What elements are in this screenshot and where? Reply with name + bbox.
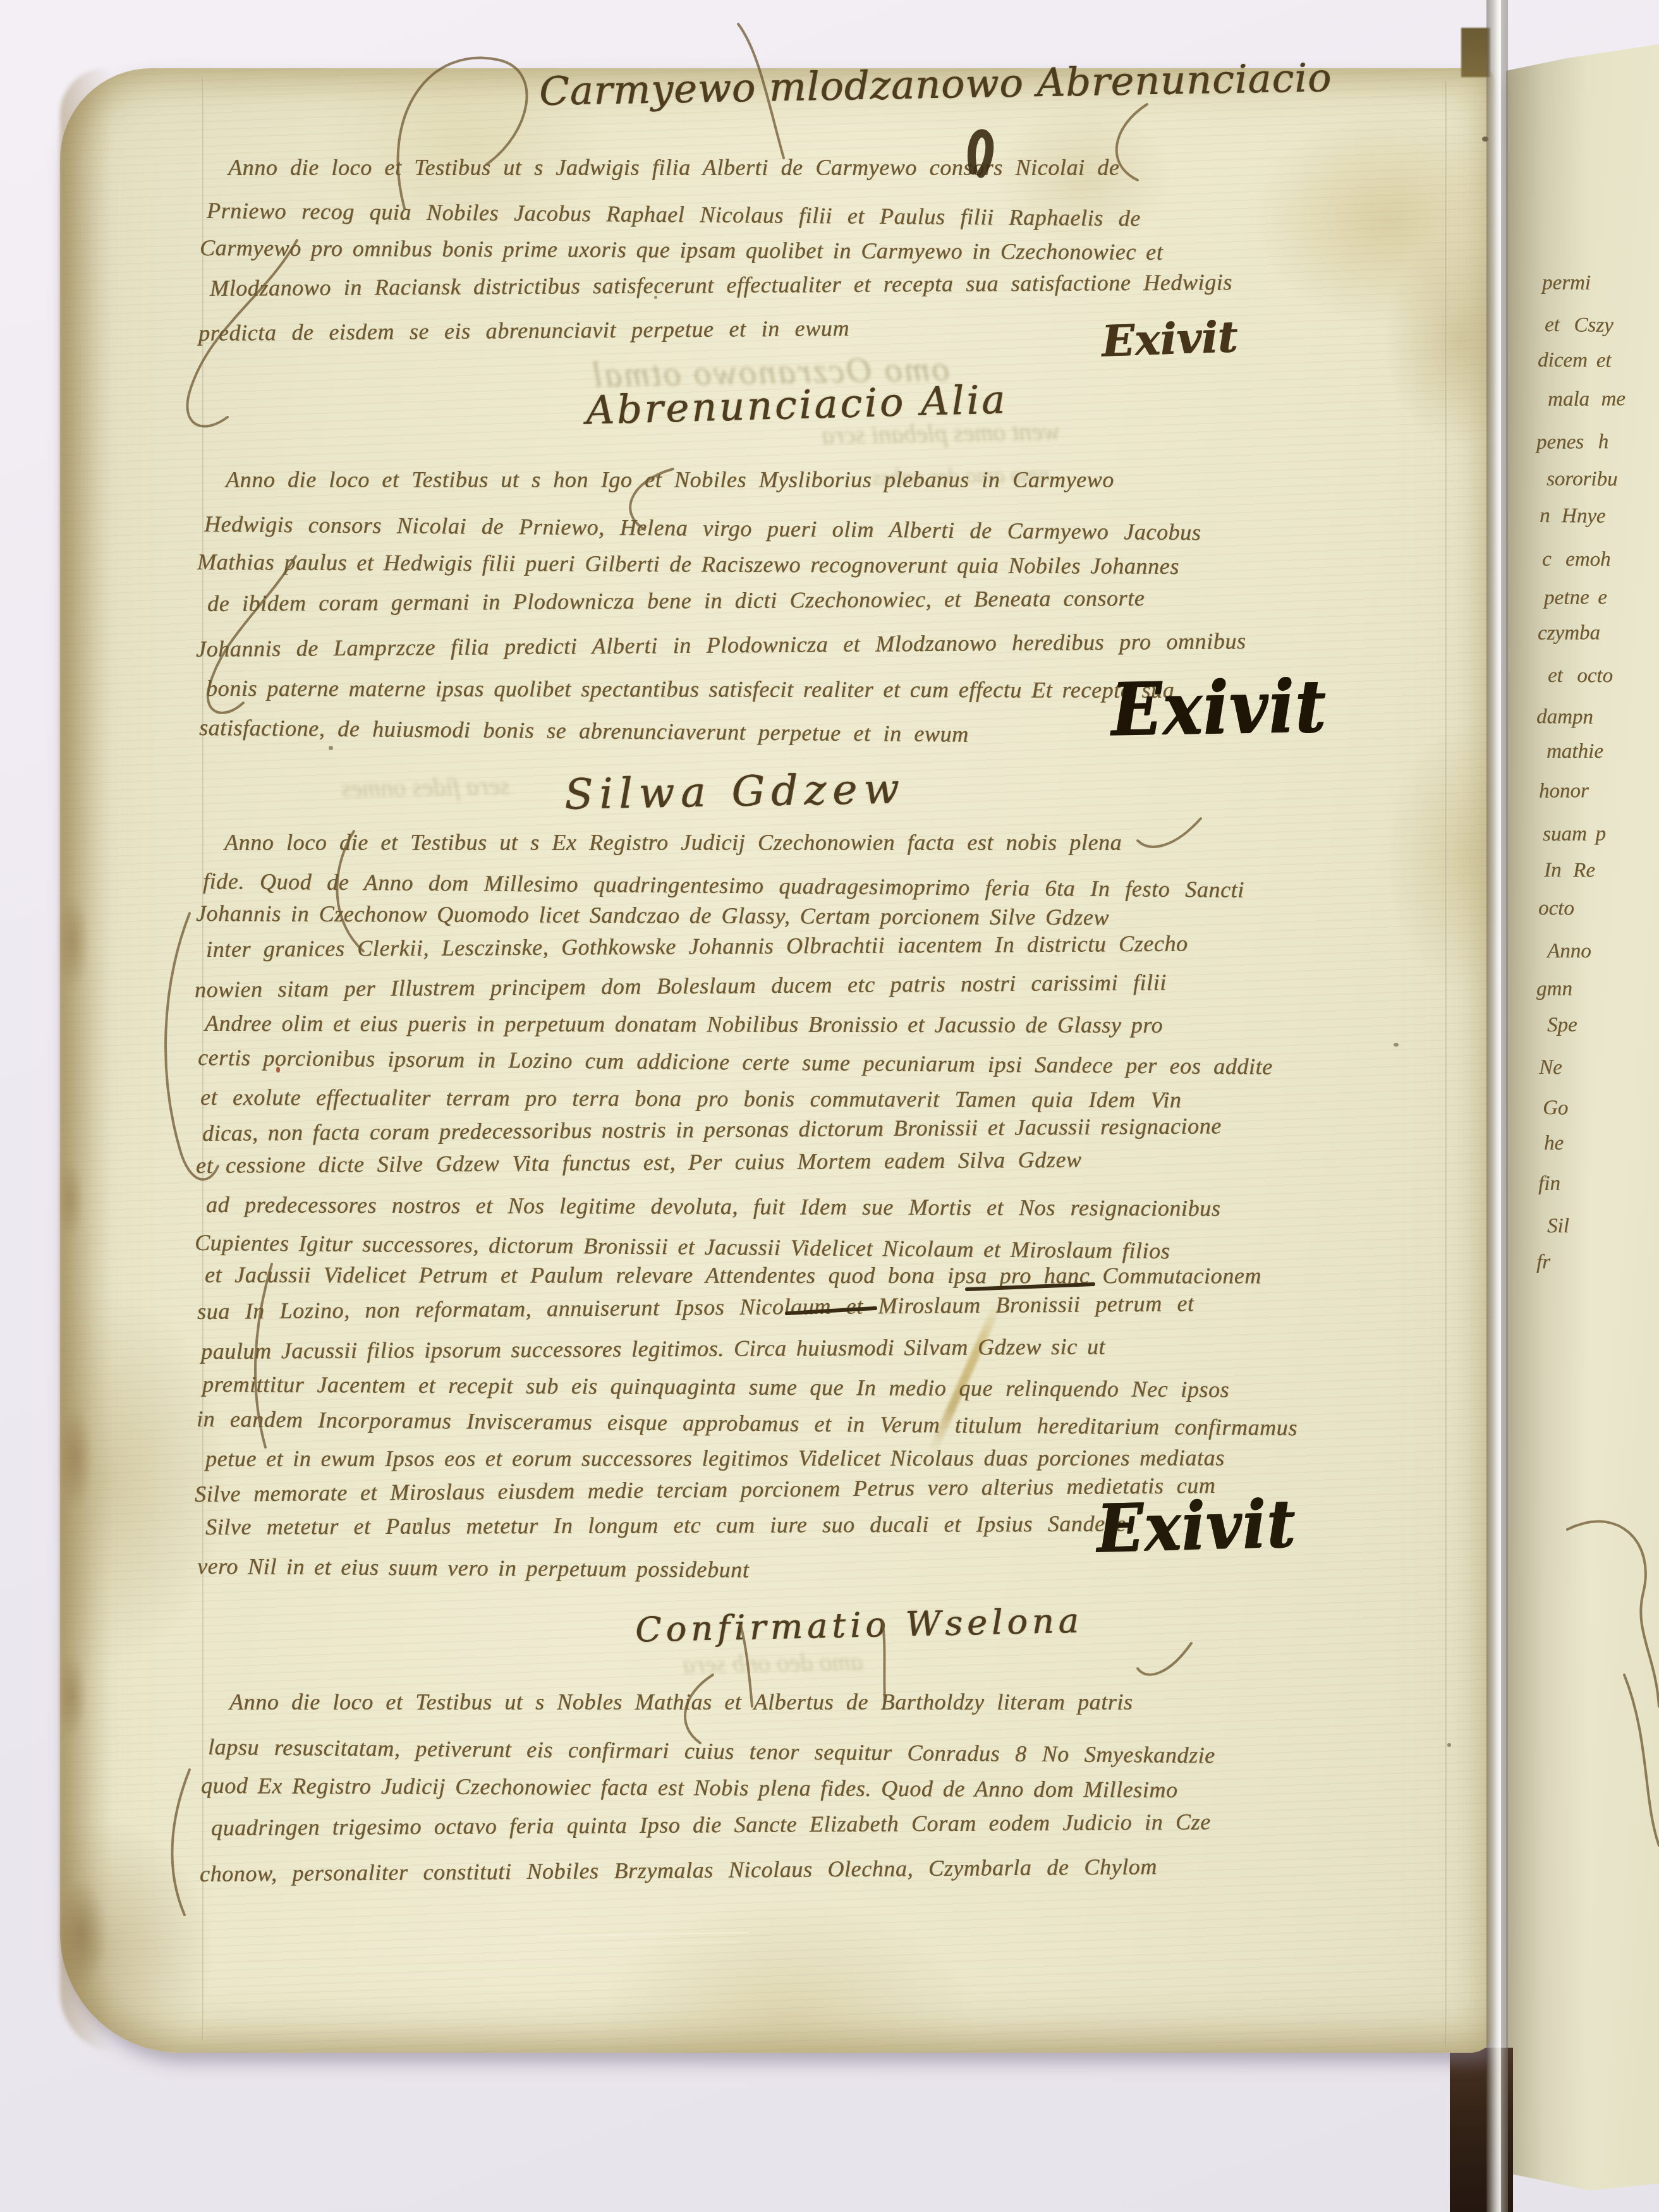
manuscript-line-fragment: n Hnye bbox=[1540, 504, 1606, 528]
manuscript-line: Silve metetur et Paulus metetur In longu… bbox=[205, 1510, 1126, 1540]
manuscript-line: Carmyewo pro omnibus bonis prime uxoris … bbox=[200, 234, 1164, 265]
exivit-mark: Exivit bbox=[1110, 663, 1327, 752]
ink-speck bbox=[1394, 1043, 1399, 1047]
manuscript-line: premittitur Jacentem et recepit sub eis … bbox=[202, 1371, 1229, 1403]
fold-crease bbox=[1445, 81, 1447, 2046]
manuscript-line-fragment: octo bbox=[1538, 897, 1574, 920]
manuscript-line: predicta de eisdem se eis abrenunciavit … bbox=[198, 315, 849, 346]
manuscript-line-fragment: Spe bbox=[1547, 1014, 1577, 1037]
manuscript-line-fragment: et octo bbox=[1548, 664, 1613, 688]
manuscript-line-fragment: czymba bbox=[1538, 621, 1600, 645]
ink-speck bbox=[1447, 1743, 1451, 1747]
exivit-mark: Exivit bbox=[1101, 312, 1239, 367]
manuscript-line: Anno die loco et Testibus ut s hon Igo e… bbox=[226, 466, 1114, 493]
manuscript-line: bonis paterne materne ipsas quolibet spe… bbox=[206, 675, 1174, 703]
manuscript-line: ad predecessores nostros et Nos legitime… bbox=[206, 1191, 1220, 1222]
scratch-mark bbox=[540, 1932, 749, 1937]
manuscript-line-fragment: penes h bbox=[1536, 430, 1608, 454]
manuscript-line: paulum Jacussii filios ipsorum successor… bbox=[201, 1333, 1105, 1364]
exivit-mark: Exivit bbox=[1095, 1485, 1297, 1567]
manuscript-line-fragment: petne e bbox=[1544, 586, 1607, 610]
manuscript-line: Johannis in Czechonow Quomodo licet Sand… bbox=[196, 900, 1109, 930]
manuscript-line: Andree olim et eius pueris in perpetuum … bbox=[205, 1010, 1163, 1038]
deckle-edge bbox=[60, 68, 120, 2053]
manuscript-line: Anno loco die et Testibus ut s Ex Regist… bbox=[224, 829, 1122, 856]
manuscript-line-fragment: fin bbox=[1538, 1172, 1560, 1196]
manuscript-line: petue et in ewum Ipsos eos et eorum succ… bbox=[205, 1445, 1225, 1473]
manuscript-line-fragment: c emoh bbox=[1542, 548, 1611, 571]
manuscript-line-fragment: et Cszy bbox=[1545, 313, 1613, 337]
manuscript-line-fragment: he bbox=[1544, 1132, 1564, 1155]
manuscript-line-fragment: dampn bbox=[1536, 705, 1593, 729]
ink-speck bbox=[329, 746, 333, 750]
manuscript-line: et Jacussii Videlicet Petrum et Paulum r… bbox=[205, 1261, 1261, 1289]
manuscript-line-fragment: fr bbox=[1536, 1251, 1550, 1274]
manuscript-line-fragment: Go bbox=[1543, 1097, 1569, 1120]
manuscript-line: quod Ex Registro Judicij Czechonowiec fa… bbox=[201, 1772, 1178, 1803]
manuscript-line-fragment: gmn bbox=[1536, 978, 1572, 1001]
manuscript-line-fragment: honor bbox=[1539, 780, 1589, 804]
manuscript-line: vero Nil in et eius suum vero in perpetu… bbox=[197, 1553, 750, 1583]
manuscript-line-fragment: suam p bbox=[1543, 822, 1606, 846]
manuscript-line: et exolute effectualiter terram pro terr… bbox=[200, 1084, 1182, 1113]
manuscript-line-fragment: Sil bbox=[1547, 1215, 1569, 1238]
manuscript-line-fragment: mala me bbox=[1548, 387, 1626, 411]
manuscript-line: Anno die loco et Testibus ut s Nobles Ma… bbox=[229, 1689, 1133, 1715]
manuscript-line-fragment: mathie bbox=[1547, 740, 1603, 763]
manuscript-line-fragment: permi bbox=[1542, 272, 1591, 295]
manuscript-photo: permiet Cszydicem etmala mepenes hsorori… bbox=[0, 0, 1659, 2212]
manuscript-line-fragment: dicem et bbox=[1538, 349, 1612, 373]
manuscript-line-fragment: Ne bbox=[1539, 1056, 1562, 1079]
scratch-mark bbox=[550, 1941, 739, 1945]
glass-plate-edge bbox=[1486, 0, 1508, 2212]
section-heading-silwa-gdzew: Silwa Gdzew bbox=[564, 764, 906, 818]
manuscript-line: Anno die loco et Testibus ut s Jadwigis … bbox=[228, 154, 1119, 181]
manuscript-line: Mathias paulus et Hedwigis filii pueri G… bbox=[197, 549, 1179, 580]
manuscript-line-fragment: sororibu bbox=[1547, 468, 1618, 491]
manuscript-line-fragment: Anno bbox=[1547, 940, 1591, 963]
manuscript-line-fragment: In Re bbox=[1544, 859, 1595, 882]
manuscript-line: de ibidem coram germani in Plodownicza b… bbox=[207, 585, 1145, 617]
